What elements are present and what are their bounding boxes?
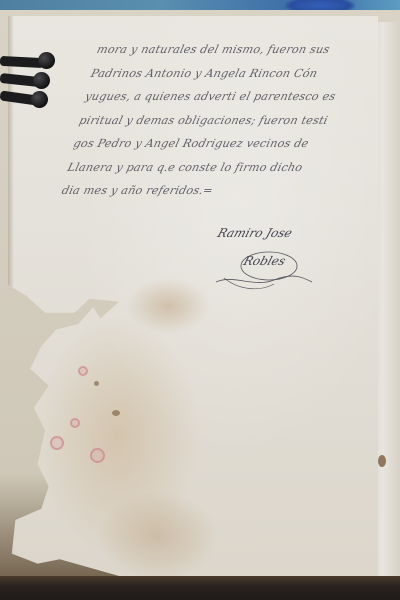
text-line: piritual y demas obligaciones; fueron te…	[77, 109, 353, 133]
text-line: dia mes y año referidos.=	[59, 179, 335, 203]
water-stain-spot	[70, 418, 80, 428]
clip-ball-icon	[38, 52, 55, 69]
signature-last-name: Robles	[242, 254, 288, 268]
dirt-spot	[94, 381, 99, 386]
text-line: Padrinos Antonio y Angela Rincon Cón	[88, 62, 364, 86]
dirt-spot	[112, 410, 120, 416]
signature-first-name: Ramiro Jose	[216, 226, 294, 240]
text-line: yugues, a quienes adverti el parentesco …	[82, 85, 358, 109]
text-line: Llanera y para q.e conste lo firmo dicho	[65, 156, 341, 180]
signature: Ramiro Jose Robles	[214, 226, 334, 296]
text-line: gos Pedro y Angel Rodriguez vecinos de	[71, 132, 347, 156]
clip-ball-icon	[31, 91, 48, 108]
text-line: mora y naturales del mismo, fueron sus	[94, 38, 370, 62]
water-stain-spot	[90, 448, 105, 463]
binder-clips	[0, 55, 60, 125]
rust-stain	[378, 455, 386, 467]
handwritten-text: mora y naturales del mismo, fueron sus P…	[59, 38, 370, 203]
clip-ball-icon	[33, 72, 50, 89]
water-stain-spot	[78, 366, 88, 376]
water-stain-spot	[50, 436, 64, 450]
book-bottom-edge	[0, 576, 400, 600]
